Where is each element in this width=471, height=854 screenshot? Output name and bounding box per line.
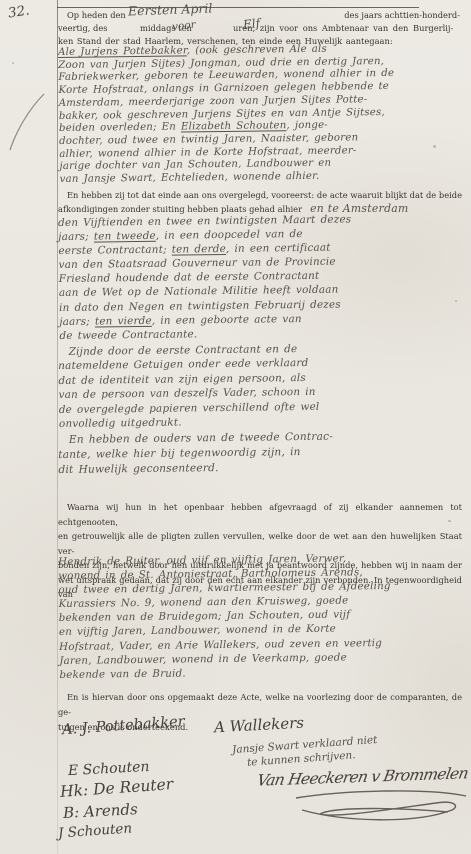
act-number: 32. <box>7 2 31 21</box>
vows-line: Waarna wij hun in het openbaar hebben af… <box>58 500 462 529</box>
parties-section: Ale Jurjens Pottebakker, (ook geschreven… <box>58 42 464 187</box>
witnesses-section: Hendrik de Ruiter, oud vijf en vijftig J… <box>58 550 464 682</box>
intro-line-1: Op heden den des jaars achttien-honderd- <box>58 9 462 22</box>
hw-hour: Elf <box>242 16 260 32</box>
intro-printed-2c: uren, zijn voor ons Ambtenaar van den Bu… <box>233 22 453 35</box>
parental-consent-section: En hebben de ouders van de tweede Contra… <box>58 428 463 478</box>
intro-printed-1a: Op heden den <box>67 9 126 22</box>
margin-flourish-stroke <box>6 92 46 152</box>
signature-father: J Schouten <box>58 820 133 841</box>
signature-official: Van Heeckeren v Brommelen <box>256 764 470 789</box>
document-page: 32. Op heden den des jaars achttien-hond… <box>0 0 471 854</box>
documents-handwritten-section: den Vijftienden en twee en twintigsten M… <box>58 211 464 343</box>
signature-bride: E Schouten <box>68 759 150 779</box>
paper-speck <box>12 62 14 64</box>
signature-official-flourish <box>290 788 470 828</box>
top-rule <box>57 7 419 8</box>
hw-date: Eersten April <box>128 1 213 19</box>
intro-printed-2a: veertig, des <box>58 22 108 35</box>
documents-printed-line: En hebben zij tot dat einde aan ons over… <box>58 189 462 202</box>
signature-arends: B: Arends <box>63 800 139 822</box>
signature-ruiter: Hk: De Reuter <box>60 775 174 801</box>
intro-printed-1b: des jaars achttien-honderd- <box>344 9 460 22</box>
hw-daypart: voor <box>171 19 196 33</box>
identity-oath-section: Zijnde door de eerste Contractant en den… <box>58 340 463 431</box>
